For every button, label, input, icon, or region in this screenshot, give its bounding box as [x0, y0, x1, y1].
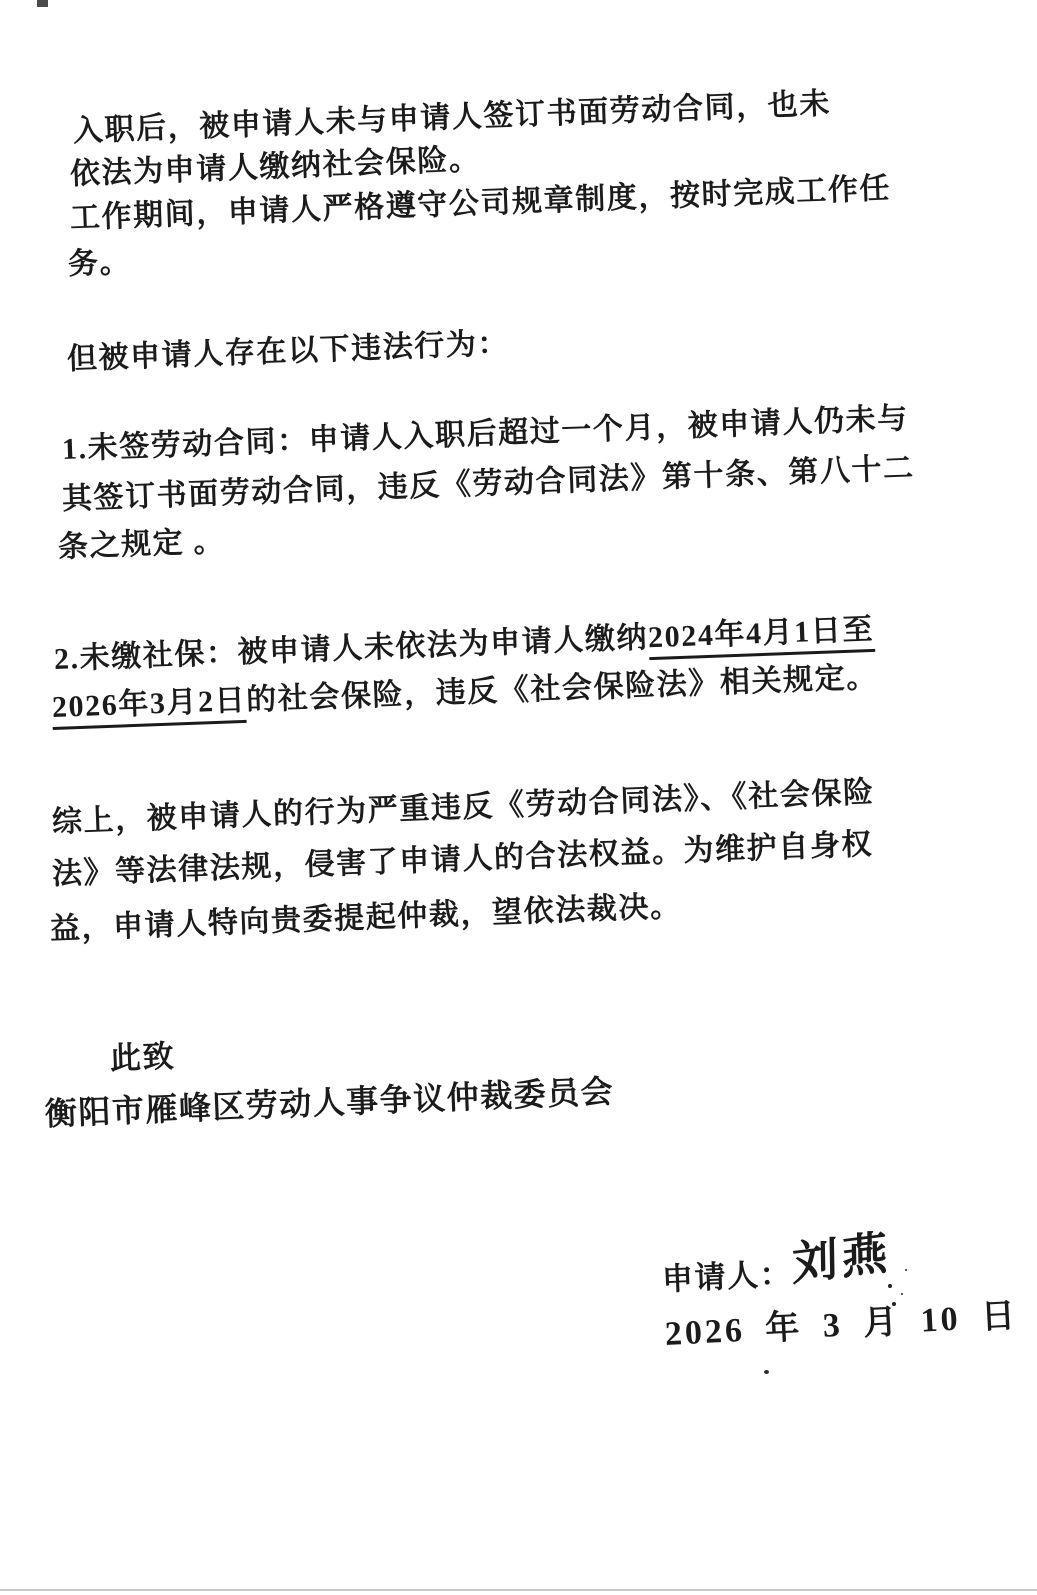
body-line: 务。 — [67, 246, 131, 283]
scanned-document-page: 入职后，被申请人未与申请人签订书面劳动合同，也未 依法为申请人缴纳社会保险。 工… — [0, 0, 1037, 1595]
body-line: 入职后，被申请人未与申请人签订书面劳动合同，也未 — [72, 87, 831, 149]
scan-artifact-dot — [764, 1370, 769, 1374]
scan-bottom-edge — [0, 1589, 1037, 1591]
salutation: 此致 — [109, 1039, 175, 1077]
underlined-date-end: 2026年3月2日 — [51, 684, 247, 730]
list-item-1-line: 条之规定 。 — [57, 525, 225, 566]
body-line: 益，申请人特向贵委提起仲裁，望依法裁决。 — [49, 890, 682, 948]
list-item-2-text: 的社会保险，违反《社会保险法》相关规定。 — [246, 661, 879, 717]
handwritten-date: 2026 年 3 月 10 日 — [664, 1297, 1019, 1355]
body-line: 但被申请人存在以下违法行为： — [66, 327, 509, 378]
applicant-signature: 刘燕 — [791, 1216, 891, 1295]
scan-artifact-top — [37, 0, 48, 7]
committee-name: 衡阳市雁峰区劳动人事争议仲裁委员会 — [44, 1073, 615, 1133]
underlined-date-start: 2024年4月1日至 — [647, 613, 874, 660]
list-item-2-text: 2.未缴社保：被申请人未依法为申请人缴纳 — [53, 621, 648, 676]
body-line: 综上，被申请人的行为严重违反《劳动合同法》、《社会保险 — [51, 776, 875, 841]
body-line: 依法为申请人缴纳社会保险。 — [69, 143, 481, 193]
signature-flourish — [888, 1284, 892, 1288]
body-line: 法》等法律法规，侵害了申请人的合法权益。为维护自身权 — [51, 828, 873, 893]
applicant-label: 申请人： — [661, 1256, 793, 1298]
